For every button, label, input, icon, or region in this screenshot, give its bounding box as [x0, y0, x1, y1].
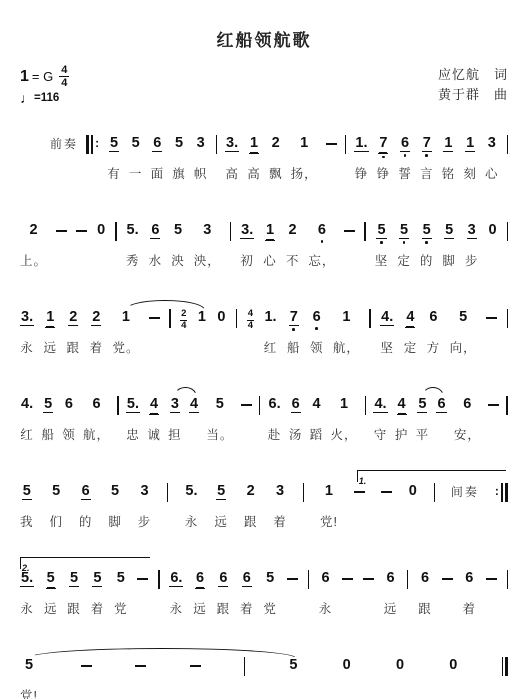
lyric-text: 跟: [418, 599, 432, 619]
barline-mark: [308, 570, 309, 589]
octave-dot-row: [382, 154, 385, 161]
octave-dot: [404, 154, 407, 157]
barline-mark: [364, 222, 365, 241]
note-slot: [117, 396, 118, 423]
repeat-colon: :: [95, 135, 99, 152]
note-slot: 4: [397, 396, 407, 423]
time-signature: 24: [180, 309, 187, 358]
barline: [507, 135, 508, 184]
note-number-text: 3: [140, 483, 148, 499]
note-slot: 6: [218, 570, 228, 597]
note-number: 2: [271, 135, 281, 151]
note-number-text: 2: [92, 309, 100, 325]
lyric-text: 忠: [126, 425, 140, 445]
lyric-text: 秀: [126, 251, 140, 271]
lyric-text: 着: [273, 512, 287, 532]
final-barline: [502, 657, 508, 699]
note-number-text: 1: [198, 309, 206, 325]
note-number-text: 1.: [355, 135, 367, 151]
note-number: 5: [131, 135, 141, 151]
note-number: 5.: [126, 222, 140, 238]
note-number-text: 3: [488, 135, 496, 151]
note-token: 3着: [273, 483, 287, 532]
note-slot: [507, 570, 508, 597]
note-slot: [502, 657, 508, 684]
time-sig-numerator: 4: [247, 310, 254, 321]
bar-group: [502, 657, 508, 676]
barline-mark: [506, 396, 507, 415]
octave-dot: [315, 327, 318, 330]
note-token: 5: [288, 657, 298, 699]
note-slot: 6.: [169, 570, 183, 597]
note-slot: 5: [69, 570, 79, 597]
note-slot: 5: [216, 483, 226, 510]
note-slot: 7: [289, 309, 299, 336]
dash-token: [326, 135, 337, 184]
key-tonic: 1: [20, 68, 29, 86]
lyric-text: 诚: [147, 425, 161, 445]
note-slot: [434, 483, 435, 510]
note-slot: 1: [341, 309, 351, 336]
duration-dash: [326, 143, 337, 145]
note-slot: 6: [150, 222, 160, 249]
note-number-text: 4: [150, 397, 158, 414]
barline-mark: [158, 570, 159, 589]
lyric-text: 航，: [333, 338, 360, 358]
barline: [507, 570, 508, 619]
note-number: 2: [28, 222, 38, 238]
note-number: 5: [173, 222, 183, 238]
dash-token: [363, 570, 374, 619]
note-slot: 4.: [373, 396, 387, 423]
note-slot: 间奏: [451, 483, 479, 510]
note-number: 6.: [268, 396, 282, 412]
note-slot: 6: [428, 309, 438, 336]
barline: [308, 570, 309, 619]
note-slot: 1: [121, 309, 131, 336]
note-number-text: 0: [396, 657, 404, 673]
note-slot: [369, 309, 370, 336]
note-number-text: 4: [190, 396, 198, 412]
note-number: 5: [110, 483, 120, 499]
note-slot: 0: [488, 222, 498, 249]
barline: [169, 309, 170, 358]
note-number-text: 3: [276, 483, 284, 499]
lyric-text: 护: [395, 425, 409, 445]
note-slot: 5: [46, 570, 56, 597]
rest-token: 0: [342, 657, 352, 699]
note-number-text: 6: [318, 222, 326, 238]
note-token: 6安，: [454, 396, 481, 445]
duration-dash: [342, 578, 353, 580]
note-number-text: 0: [489, 222, 497, 238]
note-slot: 7: [422, 135, 432, 162]
note-slot: 5: [109, 135, 119, 162]
note-number-text: 4: [398, 397, 406, 414]
lyric-text: 跟: [217, 599, 231, 619]
note-slot: [158, 570, 159, 597]
barline-mark: [117, 396, 118, 415]
octave-dot: [380, 241, 383, 244]
note-number-text: 5: [44, 396, 52, 412]
note-number-text: 4.: [21, 396, 33, 412]
note-slot: 1: [443, 135, 453, 162]
note-number-text: 3: [171, 396, 179, 412]
note-token: 5远: [44, 570, 58, 619]
note-slot: :: [495, 483, 508, 510]
note-number-text: 5.: [185, 483, 197, 499]
meter-denominator: 4: [61, 77, 67, 88]
bar-group: :: [495, 483, 508, 502]
lyric-text: 远: [193, 599, 207, 619]
note-slot: 3: [467, 222, 477, 249]
note-number-text: 6: [313, 309, 321, 325]
lyric-text: 一: [129, 164, 143, 184]
note-token: 4.红: [20, 396, 34, 445]
barline-mark: [507, 309, 508, 328]
note-slot: [167, 483, 168, 510]
note-token: 6航，: [83, 396, 110, 445]
note-number-text: 5: [25, 657, 33, 673]
duration-dash: [344, 230, 355, 232]
note-slot: [407, 570, 408, 597]
lyric-text: 脚: [108, 512, 122, 532]
barline: [434, 483, 435, 532]
note-token: 1高: [247, 135, 261, 184]
lyric-text: 红: [264, 338, 278, 358]
lyric-text: 定: [397, 251, 411, 271]
note-number-text: 5: [459, 309, 467, 325]
lyric-text: 坚: [375, 251, 389, 271]
note-slot: [244, 657, 245, 684]
note-token: 1铭: [442, 135, 456, 184]
note-slot: 5: [131, 135, 141, 162]
slur-arc: [28, 648, 296, 658]
note-number-text: 4: [312, 396, 320, 412]
note-token: 3帜: [194, 135, 208, 184]
lyric-text: 蹈: [310, 425, 324, 445]
time-signature: 44: [247, 309, 254, 358]
note-token: 6领: [62, 396, 76, 445]
dash-token: [344, 222, 355, 271]
note-number: 5: [216, 483, 226, 500]
note-slot: 6: [400, 135, 410, 162]
note-number-text: 5: [400, 222, 408, 238]
note-number-text: 5: [445, 222, 453, 238]
note-number-text: 5: [117, 570, 125, 586]
note-token: 5有: [107, 135, 121, 184]
note-token: 5.秀: [126, 222, 140, 271]
note-slot: 6: [152, 135, 162, 162]
barline-mark: [507, 135, 508, 154]
lyric-text: 永: [20, 599, 34, 619]
note-token: 2跟: [244, 483, 258, 532]
note-number: 1: [121, 309, 131, 325]
note-slot: [486, 309, 497, 336]
lyric-text: 扬，: [291, 164, 318, 184]
note-slot: 2: [28, 222, 38, 249]
dash-token: [81, 657, 92, 699]
note-number: 6: [291, 396, 301, 413]
note-slot: 1: [249, 135, 259, 162]
note-token: 1: [197, 309, 207, 358]
note-slot: 5: [417, 396, 427, 423]
note-slot: 5: [24, 657, 34, 684]
note-number: 3.: [240, 222, 254, 239]
lyric-text: 赴: [268, 425, 282, 445]
note-slot: [190, 657, 201, 684]
note-number-text: 1: [122, 309, 130, 325]
lyric-text: 远: [384, 599, 398, 619]
lyric-text: 领: [62, 425, 76, 445]
composer-credit: 黄于群 曲: [438, 85, 508, 105]
slur-arc: [125, 300, 204, 310]
duration-dash: [149, 317, 160, 319]
note-slot: 3.: [240, 222, 254, 249]
lyric-text: 跟: [67, 338, 81, 358]
note-token: 6: [436, 396, 446, 445]
note-number-text: 1: [466, 135, 474, 151]
barline-mark: [345, 135, 346, 154]
lyric-text: 领: [310, 338, 324, 358]
lyric-text: 心: [485, 164, 499, 184]
page-title: 红船领航歌: [20, 26, 508, 51]
music-line: 5党!5000: [20, 644, 508, 699]
lyric-text: 火，: [331, 425, 358, 445]
meter-fraction: 4 4: [59, 65, 69, 88]
note-number-text: 7: [379, 136, 387, 153]
note-number: 6: [464, 570, 474, 586]
note-number-text: 5.: [127, 222, 139, 238]
note-number-text: 5: [111, 483, 119, 499]
note-number-text: 2: [69, 309, 77, 325]
note-token: 1远: [44, 309, 58, 358]
note-number: 3: [467, 222, 477, 239]
lyric-text: 不: [286, 251, 300, 271]
octave-dot: [321, 240, 324, 243]
note-slot: [381, 483, 392, 510]
lyric-text: 高: [225, 164, 239, 184]
note-slot: 0: [448, 657, 458, 684]
note-number: 5.: [126, 396, 140, 413]
note-number-text: 0: [449, 657, 457, 673]
note-token: 2飘: [269, 135, 283, 184]
note-number: 1.: [263, 309, 277, 325]
octave-dot: [292, 328, 295, 331]
note-number: 3: [275, 483, 285, 499]
note-number: 5: [265, 570, 275, 586]
note-slot: 5: [288, 657, 298, 684]
dash-token: [381, 483, 392, 532]
note-token: 6汤: [289, 396, 303, 445]
bar-group: :: [86, 135, 99, 154]
lyric-text: 的: [79, 512, 93, 532]
note-number: 6: [436, 396, 446, 413]
thick-bar: [505, 657, 508, 676]
note-number-text: 3: [468, 222, 476, 238]
note-number-text: 7: [290, 309, 298, 325]
lyric-text: 铮: [377, 164, 391, 184]
note-token: 7船: [287, 309, 301, 358]
note-number-text: 6: [437, 396, 445, 412]
lyric-text: 的: [420, 251, 434, 271]
note-number: 3.: [225, 135, 239, 152]
note-token: 3.高: [225, 135, 239, 184]
note-slot: 5: [215, 396, 225, 423]
lyric-text: 平: [416, 425, 430, 445]
note-number-text: 6: [429, 309, 437, 325]
lyric-text: 水: [149, 251, 163, 271]
note-number-text: 6: [243, 570, 251, 586]
note-number-text: 1: [444, 135, 452, 151]
note-slot: [241, 396, 252, 423]
note-slot: 6.: [268, 396, 282, 423]
note-slot: [354, 483, 365, 510]
dash-token: [287, 570, 298, 619]
note-slot: 0: [408, 483, 418, 510]
note-number-text: 6: [196, 571, 204, 588]
note-token: 6誓: [398, 135, 412, 184]
note-number: 5: [399, 222, 409, 239]
tempo-marking: ♩ =116: [20, 90, 69, 106]
note-number: 7: [378, 135, 388, 154]
note-number: 5: [109, 135, 119, 152]
note-token: 1党!: [320, 483, 338, 532]
note-number-text: 5: [289, 657, 297, 673]
note-number: 4: [149, 396, 159, 415]
note-token: 6远: [193, 570, 207, 619]
note-slot: [216, 135, 217, 162]
note-slot: 2: [68, 309, 78, 336]
note-token: 1党。: [112, 309, 139, 358]
note-token: 2跟: [67, 309, 81, 358]
duration-dash: [486, 317, 497, 319]
dash-token: [486, 309, 497, 358]
lyric-text: 跟: [67, 599, 81, 619]
note-number-text: 1: [325, 483, 333, 499]
rest-token: 0: [408, 483, 418, 532]
lyric-text: 守: [374, 425, 388, 445]
lyric-text: 远: [44, 338, 58, 358]
note-slot: 6: [464, 570, 474, 597]
note-number: 6: [64, 396, 74, 412]
barline: [365, 396, 366, 445]
note-slot: [115, 222, 116, 249]
note-token: 5脚: [442, 222, 456, 271]
repeat-start: :: [86, 135, 99, 184]
note-slot: 5: [173, 222, 183, 249]
note-number-text: 1: [300, 135, 308, 151]
note-token: 4定: [404, 309, 418, 358]
barline-mark: [365, 396, 366, 415]
credits-block: 应忆航 词 黄于群 曲: [438, 65, 508, 105]
note-token: 7言: [420, 135, 434, 184]
note-number-text: 1: [250, 136, 258, 153]
music-line: 4.红5船6领6航，5.忠4诚3担45当。6.赴6汤4蹈1火，4.守4护5平66…: [20, 383, 508, 445]
note-number-text: 6: [153, 135, 161, 151]
note-token: 5旗: [172, 135, 186, 184]
note-number-text: 5.: [127, 396, 139, 412]
note-number: 2: [91, 309, 101, 326]
note-slot: 4: [405, 309, 415, 336]
octave-dot-row: [404, 152, 407, 159]
note-slot: 5: [116, 570, 126, 597]
note-number-text: 5: [132, 135, 140, 151]
note-slot: [365, 396, 366, 423]
duration-dash: [81, 665, 92, 667]
lyric-text: 着: [462, 599, 476, 619]
note-slot: [342, 570, 353, 597]
note-number: 5: [43, 396, 53, 413]
lyric-text: 心: [263, 251, 277, 271]
music-line: 2.5.永5远5跟5着5党6.永6远6跟6着5党6永6远6跟6着: [20, 557, 508, 619]
note-number: 4: [405, 309, 415, 328]
note-slot: 0: [216, 309, 226, 336]
note-slot: 5.: [126, 222, 140, 249]
note-token: 7铮: [377, 135, 391, 184]
note-number: 4: [189, 396, 199, 413]
note-token: 5远: [214, 483, 228, 532]
note-slot: [135, 657, 146, 684]
dash-token: [486, 570, 497, 619]
note-number-text: 2: [29, 222, 37, 238]
note-number-text: 6: [401, 135, 409, 151]
note-number-text: 1: [46, 310, 54, 327]
thick-bar: [505, 483, 508, 502]
note-number-text: 5: [110, 135, 118, 151]
note-slot: 5: [22, 483, 32, 510]
lyric-text: 泱: [171, 251, 185, 271]
note-token: 5平: [416, 396, 430, 445]
note-number: 0: [342, 657, 352, 673]
note-number-text: 3.: [21, 309, 33, 325]
note-token: 5船: [41, 396, 55, 445]
barline: [259, 396, 260, 445]
note-number: 6: [420, 570, 430, 586]
note-slot: 6: [420, 570, 430, 597]
note-token: 5一: [129, 135, 143, 184]
lyric-text: 党: [263, 599, 277, 619]
note-number-text: 6: [463, 396, 471, 412]
note-token: 1航，: [333, 309, 360, 358]
slur-arc: [422, 387, 445, 397]
note-slot: 0: [96, 222, 106, 249]
duration-dash: [76, 230, 87, 232]
dash-token: [354, 483, 365, 532]
music-line: 2上。05.秀6水5泱3泱，3.初1心2不6忘，5坚5定5的5脚3步0: [20, 209, 508, 271]
sheet-music-page: 红船领航歌 1 = G 4 4 ♩ =116 应忆航 词 黄于群 曲 前奏:5有…: [0, 0, 522, 699]
note-slot: 3: [275, 483, 285, 510]
barline: [244, 657, 245, 699]
meter-numerator: 4: [59, 65, 69, 77]
lyric-text: 铮: [355, 164, 369, 184]
note-slot: 2: [246, 483, 256, 510]
lyric-text: 永: [319, 599, 333, 619]
note-slot: [169, 309, 170, 336]
note-number: 6: [218, 570, 228, 587]
lyric-text: 帜: [194, 164, 208, 184]
music-line: 1.5我5们6的5脚3步5.永5远2跟3着1党!0间奏:: [20, 470, 508, 532]
thick-bar: [86, 135, 89, 154]
note-slot: 5: [43, 396, 53, 423]
note-token: 3步: [465, 222, 479, 271]
note-token: 4蹈: [310, 396, 324, 445]
note-token: 5党: [263, 570, 277, 619]
note-number: 4.: [380, 309, 394, 326]
note-slot: 1: [339, 396, 349, 423]
octave-dot: [425, 241, 428, 244]
lyric-text: 我: [20, 512, 34, 532]
